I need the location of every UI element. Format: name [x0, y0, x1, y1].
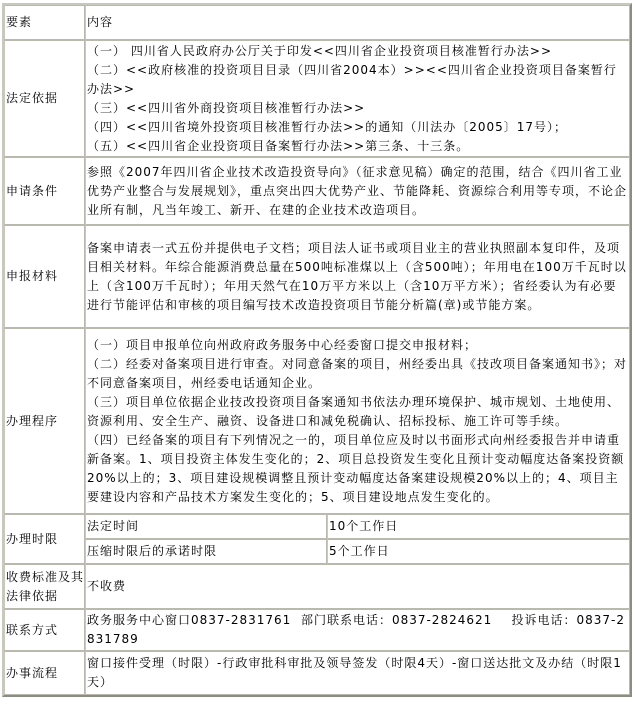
contact-row: 联系方式 政务服务中心窗口0837-2831761 部门联系电话：0837-28… — [4, 609, 630, 651]
time-limit-row-committed: 压缩时限后的承诺时限 5个工作日 — [4, 539, 630, 564]
procedure-step: （一）项目申报单位向州政府政务服务中心经委窗口提交申报材料； — [87, 336, 629, 355]
legal-basis-content: （一） 四川省人民政府办公厅关于印发<<四川省企业投资项目核准暂行办法>> （二… — [85, 40, 630, 157]
header-content: 内容 — [85, 5, 630, 40]
procedure-label: 办理程序 — [4, 328, 85, 514]
time-limit-name: 法定时间 — [85, 514, 327, 539]
fees-content: 不收费 — [85, 564, 630, 609]
fees-label: 收费标准及其法律依据 — [4, 564, 85, 609]
time-limit-name: 压缩时限后的承诺时限 — [85, 539, 327, 564]
time-limit-value: 10个工作日 — [327, 514, 630, 539]
conditions-row: 申请条件 参照《2007年四川省企业技术改造投资导向》（征求意见稿）确定的范围，… — [4, 157, 630, 225]
time-limit-row-statutory: 办理时限 法定时间 10个工作日 — [4, 514, 630, 539]
legal-basis-item: （五）<<四川省企业投资项目备案暂行办法>>第三条、十三条。 — [87, 137, 629, 156]
materials-content: 备案申请表一式五份并提供电子文档；项目法人证书或项目业主的营业执照副本复印件，及… — [85, 225, 630, 328]
conditions-content: 参照《2007年四川省企业技术改造投资导向》（征求意见稿）确定的范围，结合《四川… — [85, 157, 630, 225]
materials-row: 申报材料 备案申请表一式五份并提供电子文档；项目法人证书或项目业主的营业执照副本… — [4, 225, 630, 328]
conditions-label: 申请条件 — [4, 157, 85, 225]
workflow-row: 办事流程 窗口接件受理（时限）-行政审批科审批及领导签发（时限4天）-窗口送达批… — [4, 651, 630, 695]
time-limit-label: 办理时限 — [4, 514, 85, 564]
legal-basis-item: （四）<<四川省境外投资项目核准暂行办法>>的通知（川法办〔2005〕17号）； — [87, 118, 629, 137]
time-limit-value: 5个工作日 — [327, 539, 630, 564]
header-label: 要素 — [4, 5, 85, 40]
procedure-row: 办理程序 （一）项目申报单位向州政府政务服务中心经委窗口提交申报材料； （二）经… — [4, 328, 630, 514]
legal-basis-row: 法定依据 （一） 四川省人民政府办公厅关于印发<<四川省企业投资项目核准暂行办法… — [4, 40, 630, 157]
contact-label: 联系方式 — [4, 609, 85, 651]
procedure-step: （三）项目单位依据企业技改投资项目备案通知书依法办理环境保护、城市规划、土地使用… — [87, 393, 629, 431]
workflow-content: 窗口接件受理（时限）-行政审批科审批及领导签发（时限4天）-窗口送达批文及办结（… — [85, 651, 630, 695]
procedure-content: （一）项目申报单位向州政府政务服务中心经委窗口提交申报材料； （二）经委对备案项… — [85, 328, 630, 514]
procedure-step: （二）经委对备案项目进行审查。对同意备案的项目，州经委出具《技改项目备案通知书》… — [87, 355, 629, 393]
procedure-step: （四）已经备案的项目有下列情况之一的，项目单位应及时以书面形式向州经委报告并申请… — [87, 431, 629, 507]
header-row: 要素 内容 — [4, 5, 630, 40]
fees-row: 收费标准及其法律依据 不收费 — [4, 564, 630, 609]
service-guide-table: 要素 内容 法定依据 （一） 四川省人民政府办公厅关于印发<<四川省企业投资项目… — [2, 3, 632, 697]
contact-content: 政务服务中心窗口0837-2831761 部门联系电话：0837-2824621… — [85, 609, 630, 651]
workflow-label: 办事流程 — [4, 651, 85, 695]
legal-basis-item: （三）<<四川省外商投资项目核准暂行办法>> — [87, 99, 629, 118]
legal-basis-item: （一） 四川省人民政府办公厅关于印发<<四川省企业投资项目核准暂行办法>> — [87, 42, 629, 61]
legal-basis-label: 法定依据 — [4, 40, 85, 157]
materials-label: 申报材料 — [4, 225, 85, 328]
legal-basis-item: （二）<<政府核准的投资项目目录（四川省2004本）>><<四川省企业投资项目备… — [87, 61, 629, 99]
